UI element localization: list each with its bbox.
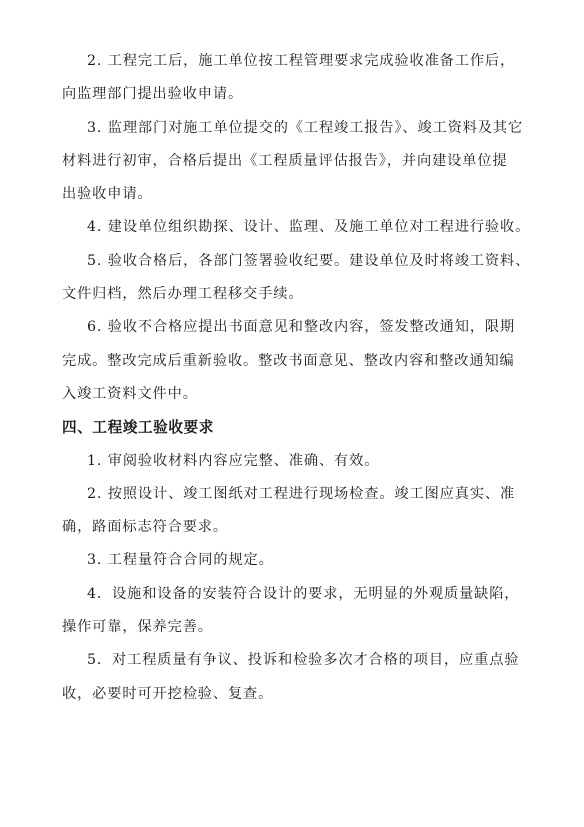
paragraph-2: 2. 工程完工后，施工单位按工程管理要求完成验收准备工作后， 向监理部门提出验收… — [62, 45, 534, 112]
text-line: 3. 工程量符合合同的规定。 — [62, 544, 534, 577]
paragraph-6: 6. 验收不合格应提出书面意见和整改内容，签发整改通知，限期 完成。整改完成后重… — [62, 311, 534, 411]
text-line: 向监理部门提出验收申请。 — [62, 78, 534, 111]
requirement-1: 1. 审阅验收材料内容应完整、准确、有效。 — [62, 445, 534, 478]
text-line: 文件归档，然后办理工程移交手续。 — [62, 278, 534, 311]
text-line: 4. 建设单位组织勘探、设计、监理、及施工单位对工程进行验收。 — [62, 211, 534, 244]
document-page: 2. 工程完工后，施工单位按工程管理要求完成验收准备工作后， 向监理部门提出验收… — [62, 45, 534, 711]
text-line: 3. 监理部门对施工单位提交的《工程竣工报告》、竣工资料及其它 — [62, 112, 534, 145]
paragraph-3: 3. 监理部门对施工单位提交的《工程竣工报告》、竣工资料及其它 材料进行初审，合… — [62, 112, 534, 212]
text-line: 操作可靠，保养完善。 — [62, 611, 534, 644]
text-line: 收，必要时可开挖检验、复查。 — [62, 678, 534, 711]
text-line: 2. 按照设计、竣工图纸对工程进行现场检查。竣工图应真实、准 — [62, 478, 534, 511]
text-line: 2. 工程完工后，施工单位按工程管理要求完成验收准备工作后， — [62, 45, 534, 78]
requirement-2: 2. 按照设计、竣工图纸对工程进行现场检查。竣工图应真实、准 确，路面标志符合要… — [62, 478, 534, 545]
text-line: 6. 验收不合格应提出书面意见和整改内容，签发整改通知，限期 — [62, 311, 534, 344]
text-line: 1. 审阅验收材料内容应完整、准确、有效。 — [62, 445, 534, 478]
text-line: 4．设施和设备的安装符合设计的要求，无明显的外观质量缺陷， — [62, 578, 534, 611]
requirement-3: 3. 工程量符合合同的规定。 — [62, 544, 534, 577]
requirement-5: 5．对工程质量有争议、投诉和检验多次才合格的项目，应重点验 收，必要时可开挖检验… — [62, 644, 534, 711]
paragraph-4: 4. 建设单位组织勘探、设计、监理、及施工单位对工程进行验收。 — [62, 211, 534, 244]
text-line: 完成。整改完成后重新验收。整改书面意见、整改内容和整改通知编 — [62, 345, 534, 378]
text-line: 5．对工程质量有争议、投诉和检验多次才合格的项目，应重点验 — [62, 644, 534, 677]
requirement-4: 4．设施和设备的安装符合设计的要求，无明显的外观质量缺陷， 操作可靠，保养完善。 — [62, 578, 534, 645]
text-line: 入竣工资料文件中。 — [62, 378, 534, 411]
section-heading: 四、工程竣工验收要求 — [62, 411, 534, 444]
text-line: 材料进行初审，合格后提出《工程质量评估报告》，并向建设单位提 — [62, 145, 534, 178]
text-line: 确，路面标志符合要求。 — [62, 511, 534, 544]
text-line: 出验收申请。 — [62, 178, 534, 211]
paragraph-5: 5. 验收合格后，各部门签署验收纪要。建设单位及时将竣工资料、 文件归档，然后办… — [62, 245, 534, 312]
text-line: 5. 验收合格后，各部门签署验收纪要。建设单位及时将竣工资料、 — [62, 245, 534, 278]
